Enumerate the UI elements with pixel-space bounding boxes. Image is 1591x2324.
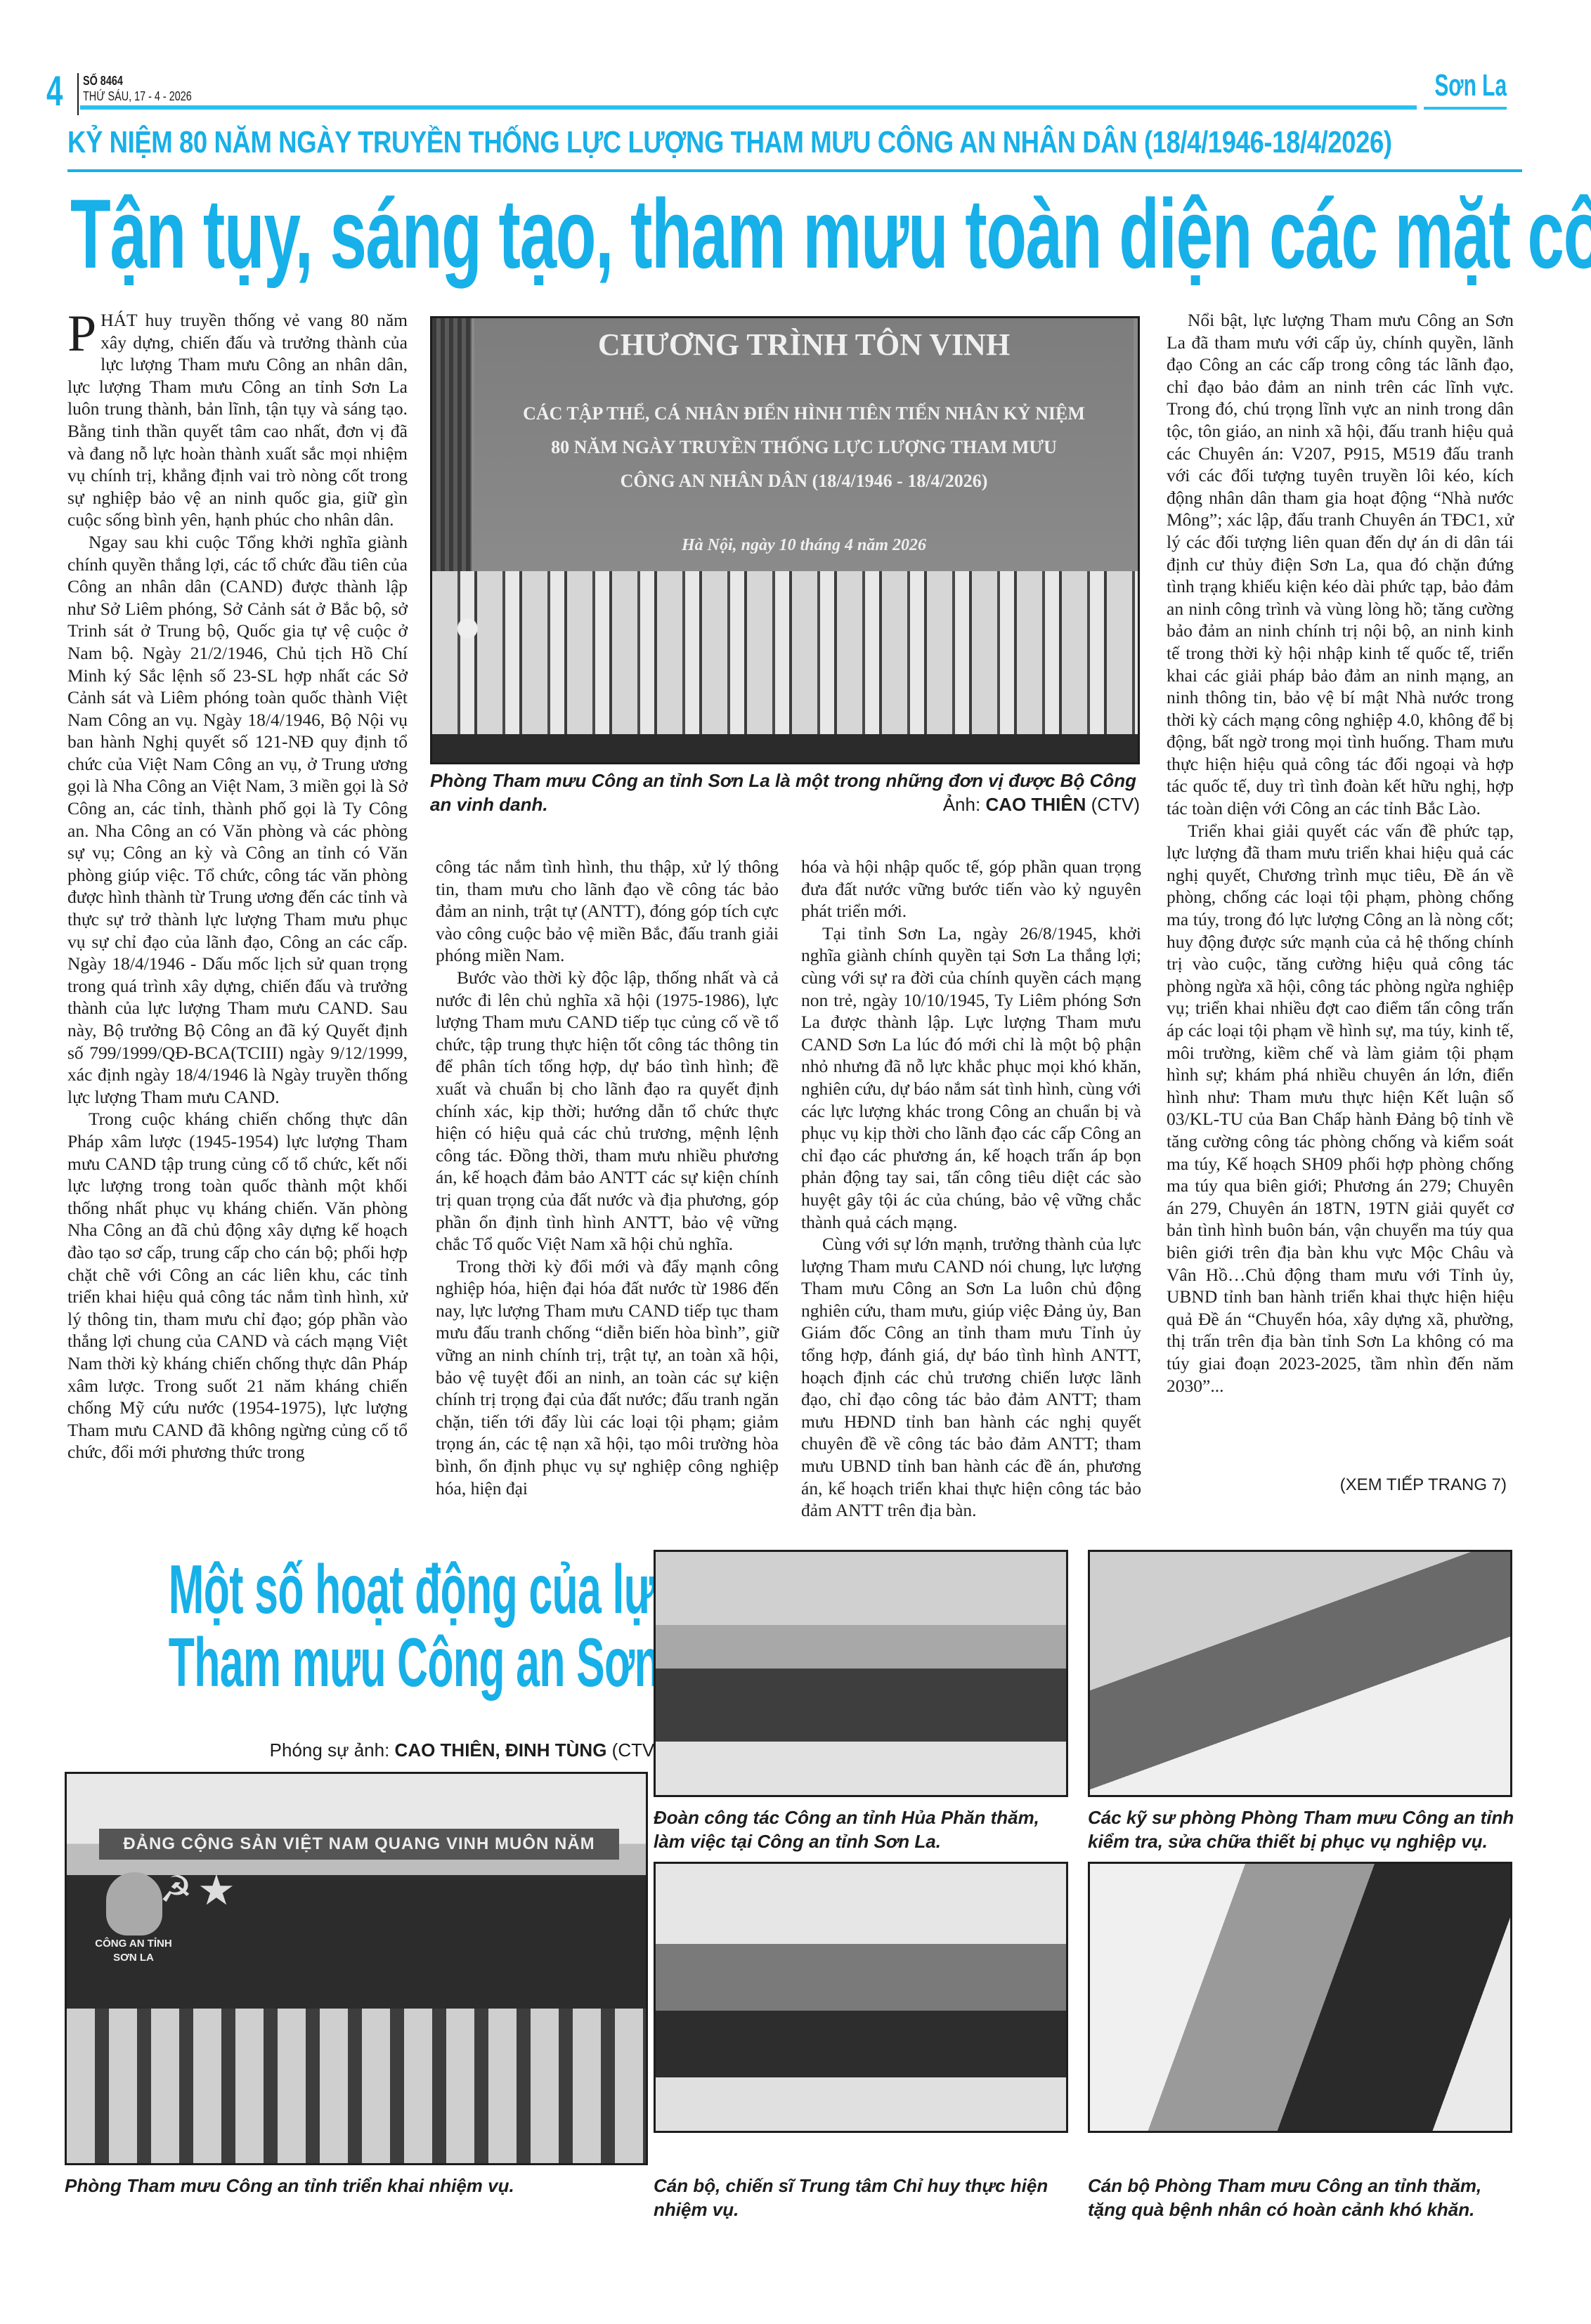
lead-paragraph: PHÁT huy truyền thống vẻ vang 80 năm xây… — [67, 309, 408, 531]
photo-command-center — [654, 1862, 1068, 2133]
section-rule — [1424, 107, 1507, 110]
kicker-rule — [67, 169, 1522, 172]
article-column-2: công tác nắm tình hình, thu thập, xử lý … — [436, 856, 779, 1558]
masthead-rule — [80, 105, 1417, 110]
screen-subtitle: CÁC TẬP THỂ, CÁ NHÂN ĐIỂN HÌNH TIÊN TIẾN… — [474, 397, 1134, 498]
paragraph: hóa và hội nhập quốc tế, góp phần quan t… — [801, 856, 1141, 922]
stage-floor — [432, 734, 1138, 762]
hammer-sickle-icon: ☭ — [160, 1872, 193, 1909]
screen-title: CHƯƠNG TRÌNH TÔN VINH — [474, 327, 1134, 363]
main-photo-honor-ceremony: CHƯƠNG TRÌNH TÔN VINH CÁC TẬP THỂ, CÁ NH… — [430, 316, 1140, 764]
photo-caption: Cán bộ Phòng Tham mưu Công an tỉnh thăm,… — [1088, 2174, 1517, 2221]
paragraph: Triển khai giải quyết các vấn đề phức tạ… — [1167, 820, 1514, 1397]
page-number: 4 — [46, 70, 63, 112]
drop-cap: P — [67, 313, 96, 354]
police-emblem-icon — [106, 1872, 162, 1935]
article-column-4: Nổi bật, lực lượng Tham mưu Công an Sơn … — [1167, 309, 1514, 1461]
issue-info: SỐ 8464 THỨ SÁU, 17 - 4 - 2026 — [83, 73, 192, 104]
section-name: Sơn La — [1434, 69, 1507, 103]
article-kicker: KỶ NIỆM 80 NĂM NGÀY TRUYỀN THỐNG LỰC LƯỢ… — [67, 125, 1275, 160]
photo-caption: Đoàn công tác Công an tỉnh Hủa Phăn thăm… — [654, 1806, 1075, 1853]
photo-feature-credit: Phóng sự ảnh: CAO THIÊN, ĐINH TÙNG (CTV) — [267, 1738, 661, 1762]
photo-caption: Cán bộ, chiến sĩ Trung tâm Chỉ huy thực … — [654, 2174, 1075, 2221]
photo-feature-title: Một số hoạt động của lực lượng Tham mưu … — [59, 1553, 635, 1699]
photo-caption: Các kỹ sư phòng Phòng Tham mưu Công an t… — [1088, 1806, 1517, 1853]
issue-date: THỨ SÁU, 17 - 4 - 2026 — [83, 89, 192, 103]
paragraph: Trong cuộc kháng chiến chống thực dân Ph… — [67, 1108, 408, 1463]
continued-on-page[interactable]: (XEM TIẾP TRANG 7) — [1340, 1475, 1507, 1495]
photo-caption: Phòng Tham mưu Công an tỉnh triển khai n… — [65, 2174, 648, 2198]
article-headline: Tận tụy, sáng tạo, tham mưu toàn diện cá… — [70, 181, 1591, 287]
photo-meeting-room: ĐẢNG CỘNG SẢN VIỆT NAM QUANG VINH MUÔN N… — [65, 1772, 648, 2165]
photo-engineers — [1088, 1550, 1512, 1797]
screen-date: Hà Nội, ngày 10 tháng 4 năm 2026 — [474, 536, 1134, 555]
star-icon: ★ — [197, 1869, 235, 1912]
emblem-label: CÔNG AN TỈNH SƠN LA — [95, 1937, 172, 1965]
paragraph: Ngay sau khi cuộc Tổng khởi nghĩa giành … — [67, 531, 408, 1108]
main-photo-credit: Ảnh: CAO THIÊN (CTV) — [914, 792, 1140, 816]
paragraph: Nổi bật, lực lượng Tham mưu Công an Sơn … — [1167, 309, 1514, 820]
paragraph: Tại tỉnh Sơn La, ngày 26/8/1945, khởi ng… — [801, 922, 1141, 1233]
photo-delegation — [654, 1550, 1068, 1797]
paragraph: Bước vào thời kỳ độc lập, thống nhất và … — [436, 967, 779, 1255]
paragraph: công tác nắm tình hình, thu thập, xử lý … — [436, 856, 779, 967]
photo-hospital-visit — [1088, 1862, 1512, 2133]
issue-number: SỐ 8464 — [83, 74, 123, 88]
article-column-1: PHÁT huy truyền thống vẻ vang 80 năm xây… — [67, 309, 408, 1546]
masthead-divider — [77, 73, 79, 115]
party-banner: ĐẢNG CỘNG SẢN VIỆT NAM QUANG VINH MUÔN N… — [99, 1829, 619, 1860]
paragraph: Cùng với sự lớn mạnh, trưởng thành của l… — [801, 1233, 1141, 1522]
meeting-table — [67, 2009, 646, 2163]
article-column-3: hóa và hội nhập quốc tế, góp phần quan t… — [801, 856, 1141, 1558]
paragraph: Trong thời kỳ đổi mới và đẩy mạnh công n… — [436, 1255, 779, 1500]
